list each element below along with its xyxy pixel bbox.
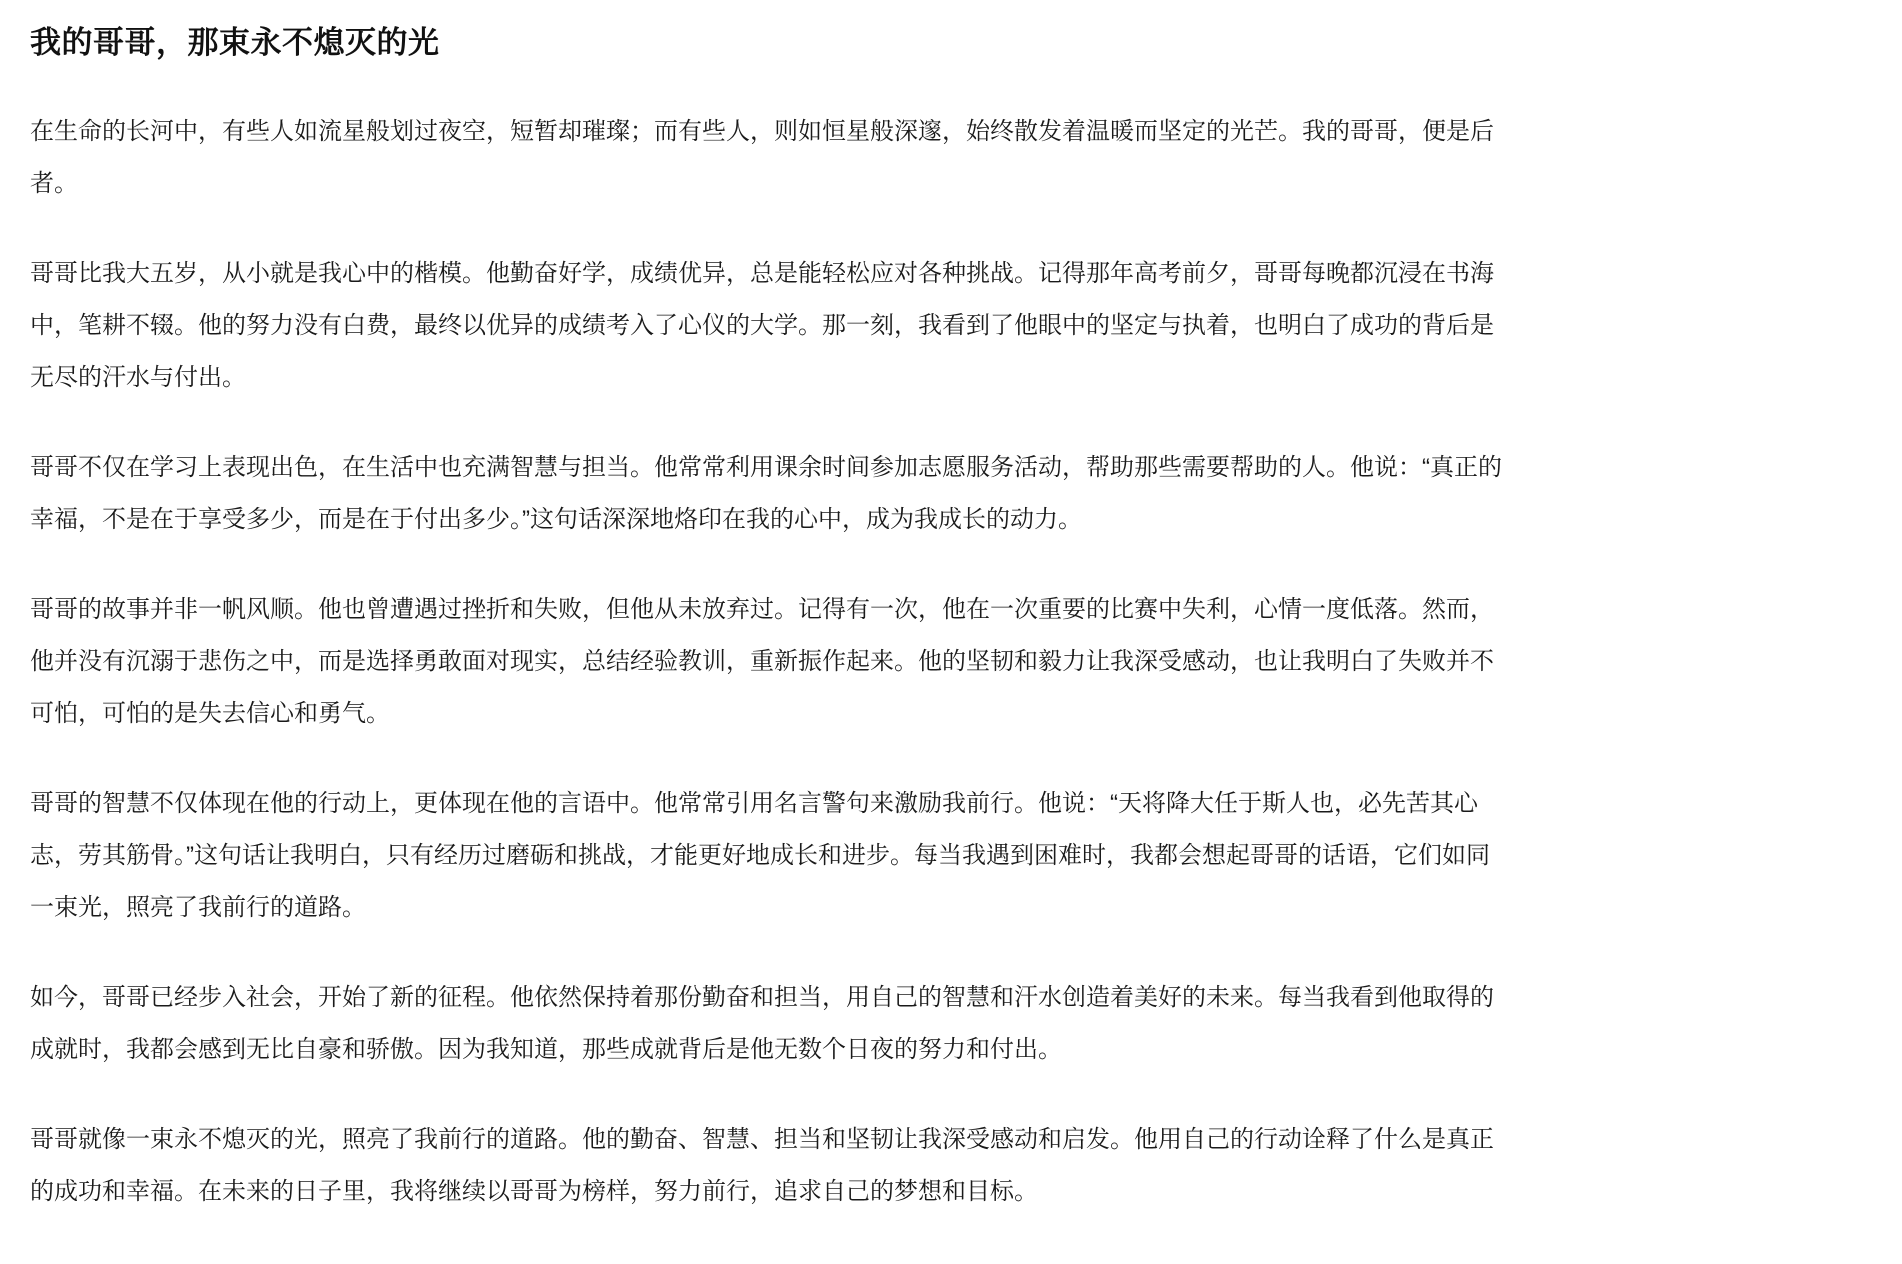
essay-document: 我的哥哥，那束永不熄灭的光 在生命的长河中，有些人如流星般划过夜空，短暂却璀璨；… xyxy=(0,0,1902,1264)
essay-paragraph-intro: 在生命的长河中，有些人如流星般划过夜空，短暂却璀璨；而有些人，则如恒星般深邃，始… xyxy=(30,106,1512,210)
essay-paragraph-volunteer: 哥哥不仅在学习上表现出色，在生活中也充满智慧与担当。他常常利用课余时间参加志愿服… xyxy=(30,442,1512,546)
essay-paragraph-conclusion: 哥哥就像一束永不熄灭的光，照亮了我前行的道路。他的勤奋、智慧、担当和坚韧让我深受… xyxy=(30,1114,1512,1218)
essay-content: 我的哥哥，那束永不熄灭的光 在生命的长河中，有些人如流星般划过夜空，短暂却璀璨；… xyxy=(30,24,1512,1218)
essay-paragraph-wisdom: 哥哥的智慧不仅体现在他的行动上，更体现在他的言语中。他常常引用名言警句来激励我前… xyxy=(30,778,1512,934)
essay-paragraph-career: 如今，哥哥已经步入社会，开始了新的征程。他依然保持着那份勤奋和担当，用自己的智慧… xyxy=(30,972,1512,1076)
essay-title: 我的哥哥，那束永不熄灭的光 xyxy=(30,24,1512,62)
essay-paragraph-setback: 哥哥的故事并非一帆风顺。他也曾遭遇过挫折和失败，但他从未放弃过。记得有一次，他在… xyxy=(30,584,1512,740)
essay-paragraph-study: 哥哥比我大五岁，从小就是我心中的楷模。他勤奋好学，成绩优异，总是能轻松应对各种挑… xyxy=(30,248,1512,404)
